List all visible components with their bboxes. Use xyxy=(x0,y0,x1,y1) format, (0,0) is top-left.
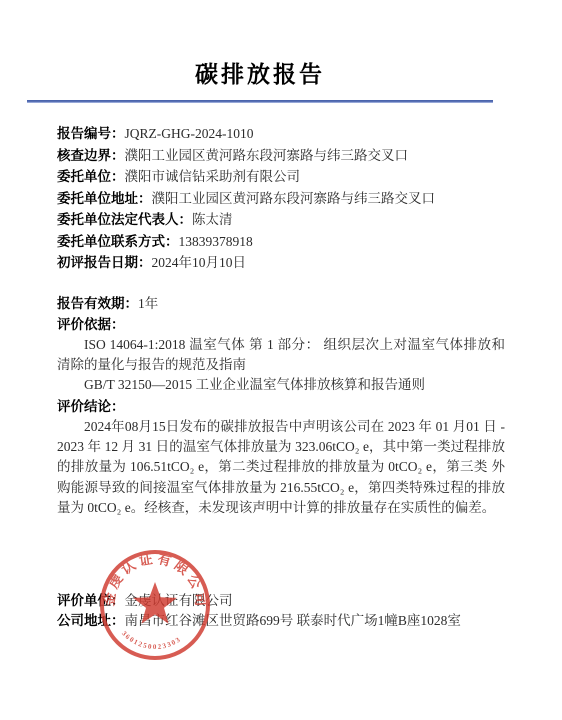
certification-stamp: 金虔认证有限公司 3601250023303 xyxy=(97,547,213,663)
field-value: 2024年10月10日 xyxy=(152,255,247,270)
field-value: 濮阳工业园区黄河路东段河寨路与纬三路交叉口 xyxy=(152,191,436,206)
report-page: 碳排放报告 报告编号：JQRZ-GHG-2024-1010 核查边界：濮阳工业园… xyxy=(0,0,562,720)
field-label: 委托单位： xyxy=(57,169,125,184)
page-title: 碳排放报告 xyxy=(27,62,493,88)
field-label: 委托单位地址： xyxy=(57,191,152,206)
field-legal-representative: 委托单位法定代表人：陈太清 xyxy=(57,209,505,231)
evaluation-conclusion-text: 2024年08月15日发布的碳排放报告中声明该公司在 2023 年 01 月01… xyxy=(57,417,505,519)
field-value: 1年 xyxy=(138,296,158,311)
field-label: 委托单位法定代表人： xyxy=(57,212,192,227)
stamp-serial-number: 3601250023303 xyxy=(120,629,183,651)
field-value: 陈太清 xyxy=(192,212,233,227)
basis-item-iso: ISO 14064-1:2018 温室气体 第 1 部分： 组织层次上对温室气体… xyxy=(57,335,505,375)
star-icon xyxy=(133,582,177,624)
field-label: 委托单位联系方式： xyxy=(57,234,179,249)
field-value: 濮阳工业园区黄河路东段河寨路与纬三路交叉口 xyxy=(125,148,409,163)
field-label: 初评报告日期： xyxy=(57,255,152,270)
field-contact: 委托单位联系方式：13839378918 xyxy=(57,231,505,253)
field-client: 委托单位：濮阳市诚信钻采助剂有限公司 xyxy=(57,166,505,188)
report-meta-fields: 报告编号：JQRZ-GHG-2024-1010 核查边界：濮阳工业园区黄河路东段… xyxy=(57,123,505,274)
stamp-serial-text: 3601250023303 xyxy=(120,629,183,651)
basis-item-gbt: GB/T 32150—2015 工业企业温室气体排放核算和报告通则 xyxy=(57,375,505,395)
field-report-number: 报告编号：JQRZ-GHG-2024-1010 xyxy=(57,123,505,145)
field-value: 濮阳市诚信钻采助剂有限公司 xyxy=(125,169,301,184)
field-label: 报告有效期： xyxy=(57,296,138,311)
field-client-address: 委托单位地址：濮阳工业园区黄河路东段河寨路与纬三路交叉口 xyxy=(57,188,505,210)
evaluation-conclusion-label: 评价结论： xyxy=(57,396,505,417)
title-divider xyxy=(27,100,493,103)
field-label: 核查边界： xyxy=(57,148,125,163)
field-verification-boundary: 核查边界：濮阳工业园区黄河路东段河寨路与纬三路交叉口 xyxy=(57,145,505,167)
evaluation-basis-label: 评价依据： xyxy=(57,314,505,335)
field-label: 报告编号： xyxy=(57,126,125,141)
field-value: 13839378918 xyxy=(179,234,253,249)
field-initial-report-date: 初评报告日期：2024年10月10日 xyxy=(57,252,505,274)
field-value: JQRZ-GHG-2024-1010 xyxy=(125,126,254,141)
field-validity-period: 报告有效期：1年 xyxy=(57,293,505,315)
